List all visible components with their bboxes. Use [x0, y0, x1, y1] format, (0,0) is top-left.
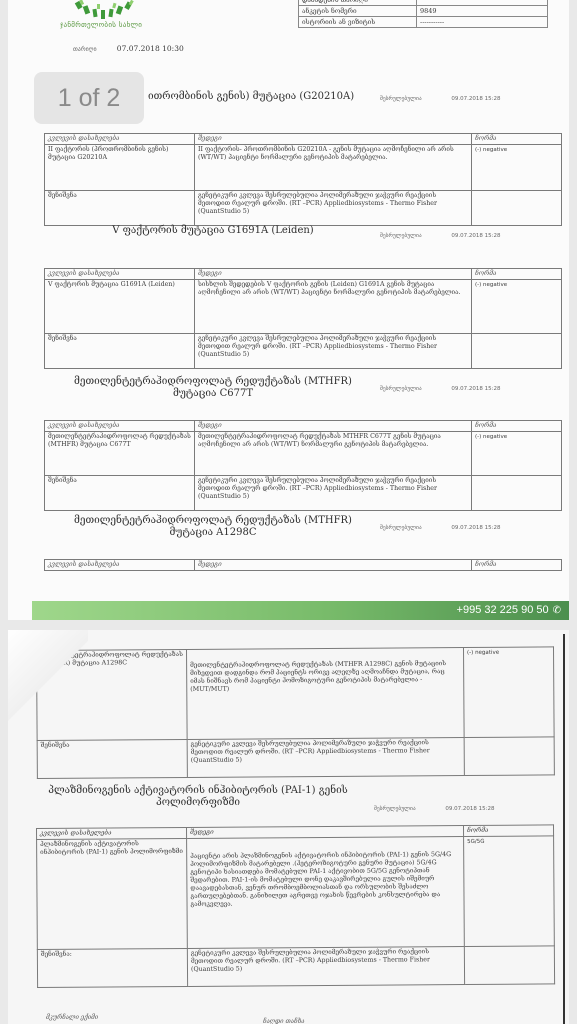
empty-cell — [464, 946, 554, 985]
logo-icon — [66, 0, 146, 20]
status-text: შესრულებულია — [380, 525, 422, 531]
col-result: შედეგი — [195, 269, 472, 280]
contact-footer: +995 32 225 90 50✆ — [32, 601, 569, 620]
completed-datetime: 09.07.2018 15:28 — [451, 525, 500, 531]
section-meta: შესრულებულია 09.07.2018 15:28 — [380, 233, 500, 239]
section-title-line: პლაზმინოგენის აქტივატორის ინჰიბიტორის (P… — [28, 785, 368, 797]
table-row: შენიშვნა გენეტიკური კვლევა შესრულებულია … — [45, 191, 562, 226]
page-indicator: 1 of 2 — [34, 72, 144, 124]
test-norm: (-) negative — [472, 145, 562, 191]
table-row: V ფაქტორის მუტაცია G1691A (Leiden) სისხლ… — [45, 280, 562, 334]
order-date: თარიღი 07.07.2018 10:30 — [73, 44, 184, 53]
col-norm: ნორმა — [472, 421, 562, 432]
note-label: შენიშვნა: — [37, 948, 187, 987]
note-text: გენეტიკური კვლევა შესრულებულია პოლიმერაზ… — [187, 738, 464, 778]
section-title-line: პოლიმორფიზმი — [28, 797, 368, 809]
table-header-row: კვლევის დასახელება შედეგი ნორმა — [45, 134, 562, 145]
table-row: მეთილენტეტრაჰიდროფოლატ რედუქტაზას (MTHFR… — [45, 432, 562, 476]
section-meta: შესრულებულია 09.07.2018 15:28 — [380, 96, 500, 102]
section-title-line: მუტაცია C677T — [58, 388, 368, 400]
col-result: შედეგი — [195, 560, 472, 571]
col-test-name: კვლევის დასახელება — [45, 269, 195, 280]
info-value: 9849 — [417, 6, 548, 17]
col-norm: ნორმა — [463, 825, 553, 837]
col-test-name: კვლევის დასახელება — [45, 134, 195, 145]
date-label: თარიღი — [73, 46, 97, 53]
section-meta: შესრულებულია 09.07.2018 15:28 — [374, 806, 494, 812]
note-label: შენიშვნა — [37, 739, 187, 778]
note-label: შენიშვნა — [45, 334, 195, 369]
section-meta: შესრულებულია 09.07.2018 15:28 — [380, 386, 500, 392]
info-row: ისტორიის ან ვიზიტის ----------- — [299, 17, 548, 28]
note-text: გენეტიკური კვლევა შესრულებულია პოლიმერაზ… — [195, 334, 472, 369]
section-title-line: მეთილენტეტრაჰიდროფოლატ რედუქტაზას (MTHFR… — [58, 376, 368, 388]
empty-cell — [464, 737, 554, 776]
result-table-header: კვლევის დასახელება შედეგი ნორმა — [44, 559, 562, 571]
note-label: შენიშვნა — [45, 476, 195, 511]
test-result: II ფაქტორის- პროთრომბინის G20210A - გენი… — [195, 145, 472, 191]
table-row: შენიშვნა: გენეტიკური კვლევა შესრულებულია… — [37, 946, 554, 988]
page-edge — [563, 634, 565, 1024]
completed-datetime: 09.07.2018 15:28 — [445, 806, 494, 812]
empty-cell — [472, 191, 562, 226]
table-header-row: კვლევის დასახელება შედეგი ნორმა — [45, 560, 562, 571]
completed-datetime: 09.07.2018 15:28 — [451, 96, 500, 102]
col-result: შედეგი — [195, 421, 472, 432]
status-text: შესრულებულია — [374, 806, 416, 812]
test-result: პაციენტი არის პლაზმინოგენის აქტივატორის … — [187, 837, 465, 949]
table-row: მეთილენტეტრაჰიდროფოლატ რედუქტაზას (MTHFR… — [37, 647, 555, 741]
test-result: სისხლის შედედების V ფაქტორის გენის (Leid… — [195, 280, 472, 334]
test-result: მეთილენტეტრაჰიდროფოლატ რედუქტაზას (MTHFR… — [186, 648, 464, 740]
info-label: ანკეტის ნომერი — [299, 6, 417, 17]
test-name: მეთილენტეტრაჰიდროფოლატ რედუქტაზას (MTHFR… — [45, 432, 195, 476]
empty-cell — [472, 476, 562, 511]
empty-cell — [472, 334, 562, 369]
test-norm: (-) negative — [463, 647, 554, 738]
test-name: V ფაქტორის მუტაცია G1691A (Leiden) — [45, 280, 195, 334]
col-norm: ნორმა — [472, 269, 562, 280]
section-meta: შესრულებულია 09.07.2018 15:28 — [380, 525, 500, 531]
brand-name: ჯანმრთელობის სახლი — [60, 21, 142, 29]
section-title: მეთილენტეტრაჰიდროფოლატ რედუქტაზას (MTHFR… — [58, 376, 368, 400]
note-text: გენეტიკური კვლევა შესრულებულია პოლიმერაზ… — [195, 476, 472, 511]
result-table: მეთილენტეტრაჰიდროფოლატ რედუქტაზას (MTHFR… — [36, 646, 555, 779]
result-table: კვლევის დასახელება შედეგი ნორმა პლაზმინო… — [36, 824, 555, 988]
col-result: შედეგი — [195, 134, 472, 145]
test-name: პლაზმინოგენის აქტივატორის ინჰიბიტორის (P… — [37, 838, 188, 949]
section-title: V ფაქტორის მუტაცია G1691A (Leiden) — [78, 225, 348, 237]
result-table: კვლევის დასახელება შედეგი ნორმა მეთილენტ… — [44, 420, 562, 511]
payment-label: ნაღდი თანხა — [263, 1018, 305, 1024]
table-header-row: კვლევის დასახელება შედეგი ნორმა — [45, 421, 562, 432]
section-title: პლაზმინოგენის აქტივატორის ინჰიბიტორის (P… — [28, 785, 368, 809]
test-norm: (-) negative — [472, 432, 562, 476]
completed-datetime: 09.07.2018 15:28 — [451, 233, 500, 239]
doctor-signature-label: მკურნალი ექიმი — [46, 1014, 98, 1021]
test-norm: (-) negative — [472, 280, 562, 334]
table-row: შენიშვნა გენეტიკური კვლევა შესრულებულია … — [45, 476, 562, 511]
result-table: კვლევის დასახელება შედეგი ნორმა V ფაქტორ… — [44, 268, 562, 369]
test-norm: 5G/5G — [464, 836, 555, 947]
status-text: შესრულებულია — [380, 233, 422, 239]
table-row: შენიშვნა გენეტიკური კვლევა შესრულებულია … — [45, 334, 562, 369]
document-page-2: მეთილენტეტრაჰიდროფოლატ რედუქტაზას (MTHFR… — [8, 630, 569, 1024]
col-test-name: კვლევის დასახელება — [45, 421, 195, 432]
table-header-row: კვლევის დასახელება შედეგი ნორმა — [45, 269, 562, 280]
table-row: შენიშვნა გენეტიკური კვლევა შესრულებულია … — [37, 737, 554, 779]
test-name: II ფაქტორის (პროთრომბინის გენის) მუტაცია… — [45, 145, 195, 191]
status-text: შესრულებულია — [380, 386, 422, 392]
col-norm: ნორმა — [472, 560, 562, 571]
note-text: გენეტიკური კვლევა შესრულებულია პოლიმერაზ… — [187, 947, 464, 987]
table-row: პლაზმინოგენის აქტივატორის ინჰიბიტორის (P… — [37, 836, 555, 950]
info-value: ----------- — [417, 17, 548, 28]
test-result: მეთილენტეტრაჰიდროფოლატ რედუქტაზას MTHFR … — [195, 432, 472, 476]
completed-datetime: 09.07.2018 15:28 — [451, 386, 500, 392]
phone-number[interactable]: +995 32 225 90 50 — [457, 604, 549, 616]
table-row: II ფაქტორის (პროთრომბინის გენის) მუტაცია… — [45, 145, 562, 191]
patient-info-table: დაბადების თარიღი ანკეტის ნომერი 9849 ისტ… — [298, 0, 548, 28]
status-text: შესრულებულია — [380, 96, 422, 102]
note-label: შენიშვნა — [45, 191, 195, 226]
section-title: მეთილენტეტრაჰიდროფოლატ რედუქტაზას (MTHFR… — [58, 515, 368, 539]
date-value: 07.07.2018 10:30 — [117, 44, 184, 53]
result-table: კვლევის დასახელება შედეგი ნორმა II ფაქტო… — [44, 133, 562, 226]
note-text: გენეტიკური კვლევა შესრულებულია პოლიმერაზ… — [195, 191, 472, 226]
page-fold — [8, 630, 88, 730]
info-label: ისტორიის ან ვიზიტის — [299, 17, 417, 28]
section-title: ითრომბინის გენის) მუტაცია (G20210A) — [148, 91, 388, 103]
col-norm: ნორმა — [472, 134, 562, 145]
section-title-line: მუტაცია A1298C — [58, 527, 368, 539]
section-title-line: მეთილენტეტრაჰიდროფოლატ რედუქტაზას (MTHFR… — [58, 515, 368, 527]
phone-icon: ✆ — [553, 601, 561, 620]
col-test-name: კვლევის დასახელება — [45, 560, 195, 571]
info-row: ანკეტის ნომერი 9849 — [299, 6, 548, 17]
